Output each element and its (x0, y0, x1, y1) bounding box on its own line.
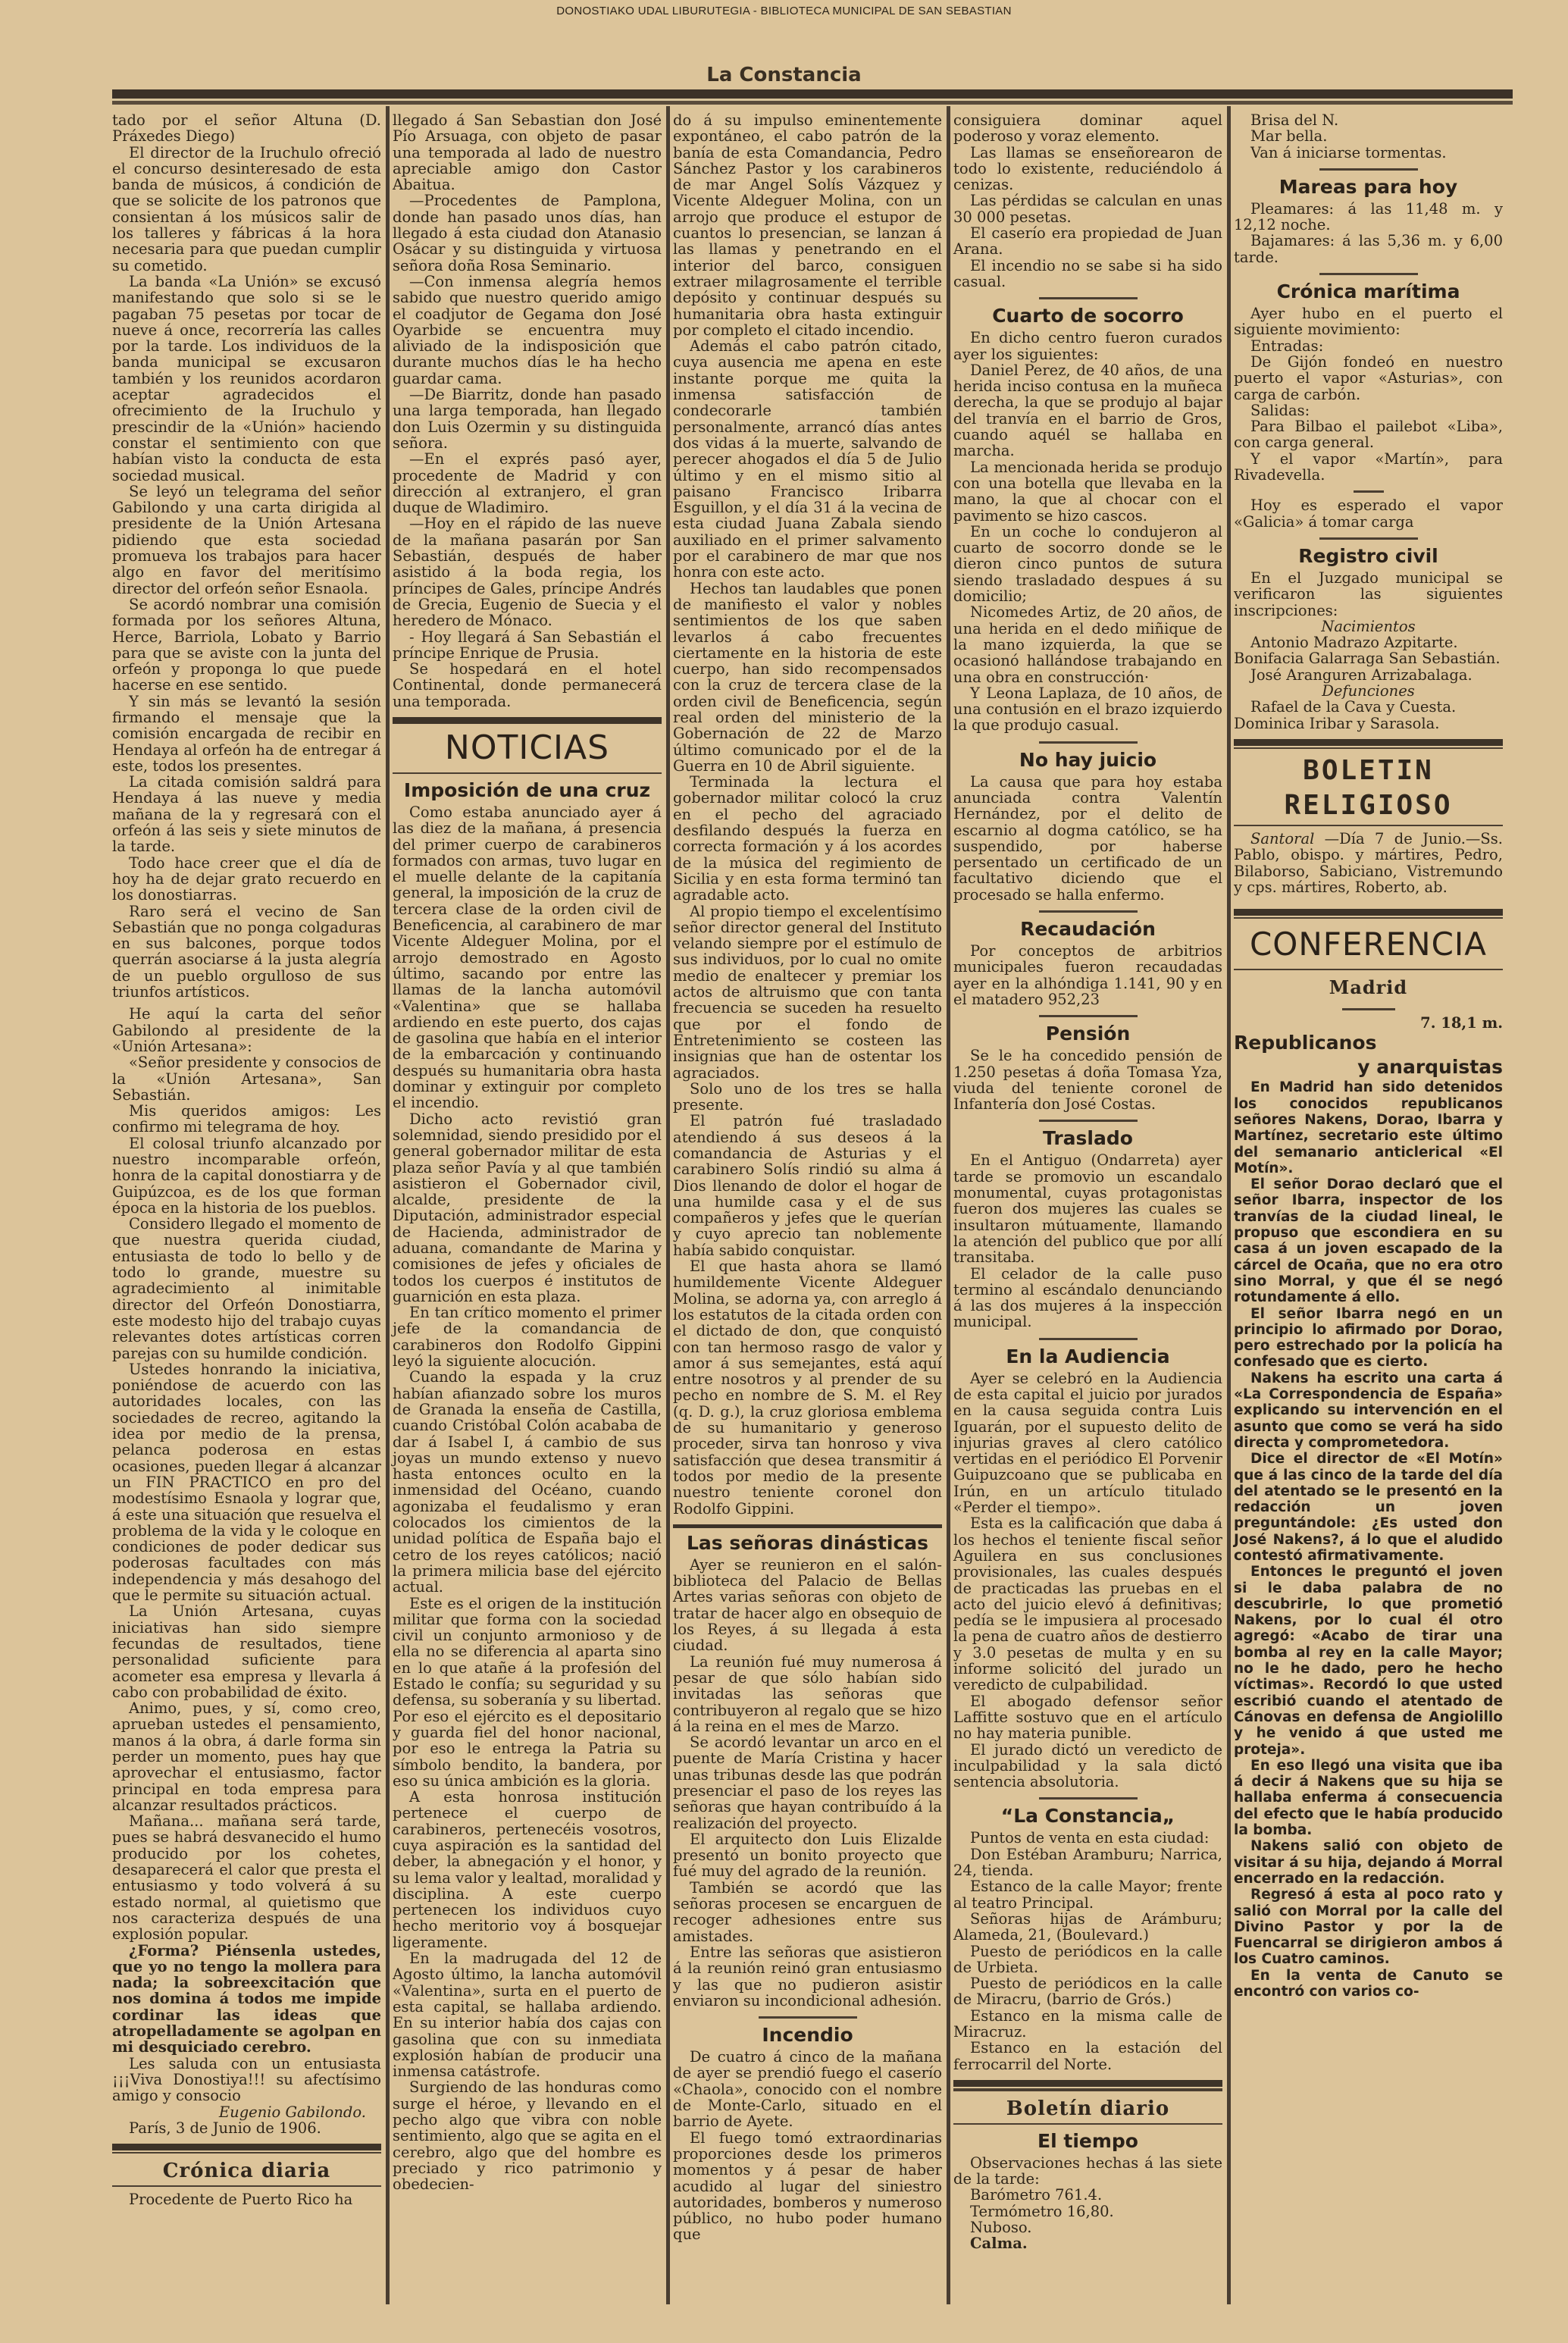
article-heading: Recaudación (953, 917, 1222, 941)
section-heading-noticias: NOTICIAS (393, 727, 662, 769)
tides-high: Pleamares: á las 11,48 m. y 12,12 noche. (1234, 201, 1503, 233)
paragraph: En la venta de Canuto se encontró con va… (1234, 1968, 1503, 2000)
paragraph: Les saluda con un entusiasta ¡¡¡Viva Don… (112, 2056, 381, 2104)
paragraph: La reunión fué muy numerosa á pesar de q… (673, 1654, 942, 1734)
birth-entry: José Aranguren Arrizabalaga. (1234, 667, 1503, 683)
santoral-label: Santoral (1250, 830, 1314, 847)
article-heading: Incendio (673, 2023, 942, 2047)
column-divider (947, 106, 950, 2304)
weather-sky: Nuboso. (953, 2219, 1222, 2235)
paragraph: —En el exprés pasó ayer, procedente de M… (393, 451, 662, 515)
paragraph: Y sin más se levantó la sesión firmando … (112, 694, 381, 774)
column-divider (666, 106, 670, 2304)
conference-city: Madrid (1234, 975, 1503, 1001)
column-divider (1227, 106, 1231, 2304)
paragraph: En el Juzgado municipal se verificaron l… (1234, 570, 1503, 619)
births-label: Nacimientos (1234, 619, 1503, 634)
paragraph: Nakens salió con objeto de visitar á su … (1234, 1838, 1503, 1887)
paragraph: Hoy es esperado el vapor «Galicia» á tom… (1234, 497, 1503, 530)
paragraph: Para Bilbao el pailebot «Liba», con carg… (1234, 418, 1503, 451)
section-rule (1319, 273, 1418, 275)
paragraph: Al propio tiempo el excelentísimo señor … (673, 904, 942, 1081)
article-heading: Traslado (953, 1126, 1222, 1151)
section-heading-boletin-religioso: BOLETIN RELIGIOSO (1234, 753, 1503, 823)
paragraph: En el Antiguo (Ondarreta) ayer tarde se … (953, 1152, 1222, 1265)
paragraph: Cuando la espada y la cruz habían afianz… (393, 1369, 662, 1595)
paragraph: En eso llegó una visita que iba á decir … (1234, 1758, 1503, 1838)
paragraph: Las llamas se enseñorearon de todo lo ex… (953, 145, 1222, 193)
article-heading: Crónica marítima (1234, 280, 1503, 304)
paragraph: Se hospedará en el hotel Continental, do… (393, 661, 662, 709)
paragraph: ¿Forma? Piénsenla ustedes, que yo no ten… (112, 1943, 381, 2056)
section-heading-conferencia: CONFERENCIA (1234, 923, 1503, 966)
paragraph: Este es el origen de la institución mili… (393, 1596, 662, 1790)
paragraph: En un coche lo condujeron al cuarto de s… (953, 524, 1222, 604)
paragraph: He aquí la carta del señor Gabilondo al … (112, 1006, 381, 1054)
paragraph: El señor Dorao declaró que el señor Ibar… (1234, 1176, 1503, 1305)
paragraph: La causa que para hoy estaba anunciada c… (953, 774, 1222, 903)
paragraph: Nakens ha escrito una carta á «La Corres… (1234, 1370, 1503, 1451)
paragraph: El fuego tomó extraordinarias proporcion… (673, 2130, 942, 2243)
paragraph: En la madrugada del 12 de Agosto último,… (393, 1950, 662, 2079)
paragraph: De Gijón fondeó en nuestro puerto el vap… (1234, 354, 1503, 403)
paragraph: Dicho acto revistió gran solemnidad, sie… (393, 1111, 662, 1305)
birth-entry: Antonio Madrazo Azpitarte. (1234, 634, 1503, 650)
section-rule (112, 2144, 381, 2150)
paragraph: Entre las señoras que asistieron á la re… (673, 1944, 942, 2009)
paragraph: Estanco de la calle Mayor; frente al tea… (953, 1878, 1222, 1911)
paragraph: Solo uno de los tres se halla presente. (673, 1081, 942, 1114)
paragraph: Ayer se celebró en la Audiencia de esta … (953, 1370, 1222, 1516)
paragraph: Se acordó levantar un arco en el puente … (673, 1734, 942, 1831)
section-rule (1319, 537, 1418, 540)
paragraph: Daniel Perez, de 40 años, de una herida … (953, 362, 1222, 459)
paragraph: Las pérdidas se calculan en unas 30 000 … (953, 193, 1222, 225)
conference-title-2: y anarquistas (1234, 1055, 1503, 1079)
article-heading: “La Constancia„ (953, 1804, 1222, 1828)
section-rule (1234, 969, 1503, 970)
article-heading: En la Audiencia (953, 1345, 1222, 1369)
section-rule (393, 717, 662, 724)
weather-line: Mar bella. (1234, 128, 1503, 144)
section-rule (1039, 297, 1138, 299)
section-heading-boletin-diario: Boletín diario (953, 2096, 1222, 2122)
paragraph: La citada comisión saldrá para Hendaya á… (112, 774, 381, 854)
paragraph: En dicho centro fueron curados ayer los … (953, 330, 1222, 362)
paragraph: Estanco en la estación del ferrocarril d… (953, 2040, 1222, 2072)
paragraph: Además el cabo patrón citado, cuya ausen… (673, 338, 942, 580)
paragraph: «Señor presidente y consocios de la «Uni… (112, 1054, 381, 1103)
paragraph: Ustedes honrando la iniciativa, poniéndo… (112, 1361, 381, 1603)
paragraph: Se acordó nombrar una comisión formada p… (112, 597, 381, 694)
paragraph: Animo, pues, y sí, como creo, aprueban u… (112, 1700, 381, 1813)
conference-time: 7. 18,1 m. (1234, 1015, 1503, 1031)
weather-line: Brisa del N. (1234, 112, 1503, 128)
paragraph: Nicomedes Artiz, de 20 años, de una heri… (953, 604, 1222, 684)
paragraph: Salidas: (1234, 403, 1503, 418)
paragraph: Ayer se reunieron en el salón-biblioteca… (673, 1557, 942, 1654)
paragraph: Procedente de Puerto Rico ha (112, 2191, 381, 2207)
paragraph: Como estaba anunciado ayer á las diez de… (393, 804, 662, 1111)
masthead-rule (112, 89, 1513, 101)
paragraph: Puesto de periódicos en la calle de Urbi… (953, 1944, 1222, 1976)
article-heading: Las señoras dinásticas (673, 1531, 942, 1555)
section-rule (1234, 917, 1503, 919)
section-rule (1319, 168, 1418, 171)
section-rule (1234, 739, 1503, 746)
paragraph: La banda «La Unión» se excusó manifestan… (112, 274, 381, 484)
paragraph: Dice el director de «El Motín» que á las… (1234, 1451, 1503, 1564)
paragraph: Mis queridos amigos: Les confirmo mi tel… (112, 1103, 381, 1135)
paragraph: En Madrid han sido detenidos los conocid… (1234, 1079, 1503, 1176)
paragraph: consiguiera dominar aquel poderoso y vor… (953, 112, 1222, 145)
paragraph: En tan crítico momento el primer jefe de… (393, 1305, 662, 1369)
paragraph: El colosal triunfo alcanzado por nuestro… (112, 1135, 381, 1216)
paragraph: El señor Ibarra negó en un principio lo … (1234, 1306, 1503, 1370)
paragraph: - Hoy llegará á San Sebastián el príncip… (393, 629, 662, 662)
paragraph: El patrón fué trasladado atendiendo á su… (673, 1113, 942, 1258)
paragraph: llegado á San Sebastian don José Pío Ars… (393, 112, 662, 193)
section-rule (953, 2123, 1222, 2125)
paragraph: Observaciones hechas á las siete de la t… (953, 2155, 1222, 2188)
paragraph: Puesto de periódicos en la calle de Mira… (953, 1975, 1222, 2008)
weather-line: Van á iniciarse tormentas. (1234, 145, 1503, 161)
paragraph: Y Leona Laplaza, de 10 años, de una cont… (953, 685, 1222, 734)
paragraph: Y el vapor «Martín», para Rivadevella. (1234, 451, 1503, 484)
deaths-label: Defunciones (1234, 683, 1503, 699)
section-rule (1039, 1015, 1138, 1017)
section-rule (673, 1524, 942, 1528)
paragraph: —Con inmensa alegría hemos sabido que nu… (393, 274, 662, 387)
dateline: París, 3 de Junio de 1906. (112, 2120, 381, 2136)
article-heading: El tiempo (953, 2129, 1222, 2153)
article-heading: No hay juicio (953, 748, 1222, 772)
paragraph: El celador de la calle puso termino al e… (953, 1266, 1222, 1330)
section-rule (759, 2016, 857, 2019)
paragraph: El arquitecto don Luis Elizalde presentó… (673, 1831, 942, 1880)
column-2: llegado á San Sebastian don José Pío Ars… (393, 112, 662, 2193)
weather-thermometer: Termómetro 16,80. (953, 2204, 1222, 2219)
paragraph: Esta es la calificación que daba á los h… (953, 1515, 1222, 1693)
section-rule (1234, 909, 1503, 916)
section-rule (1039, 1797, 1138, 1800)
paragraph: Todo hace creer que el día de hoy ha de … (112, 855, 381, 904)
paragraph: Por conceptos de arbitrios municipales f… (953, 943, 1222, 1007)
paragraph: También se acordó que las señoras proces… (673, 1880, 942, 1944)
article-heading: Cuarto de socorro (953, 304, 1222, 328)
section-rule (953, 2080, 1222, 2087)
paragraph: —De Biarritz, donde han pasado una larga… (393, 387, 662, 451)
paragraph: —Procedentes de Pamplona, donde han pasa… (393, 193, 662, 273)
column-4: consiguiera dominar aquel poderoso y vor… (953, 112, 1222, 2252)
paragraph: Hechos tan laudables que ponen de manifi… (673, 581, 942, 775)
article-heading: Registro civil (1234, 544, 1503, 569)
paragraph: El caserío era propiedad de Juan Arana. (953, 225, 1222, 258)
birth-entry: Bonifacia Galarraga San Sebastián. (1234, 650, 1503, 666)
paragraph: —Hoy en el rápido de las nueve de la mañ… (393, 515, 662, 628)
paragraph: Raro será el vecino de San Sebastián que… (112, 904, 381, 1001)
paragraph: Mañana... mañana será tarde, pues se hab… (112, 1813, 381, 1942)
article-heading: Mareas para hoy (1234, 175, 1503, 199)
section-rule (1039, 910, 1138, 913)
death-entry: Dominica Iribar y Sarasola. (1234, 716, 1503, 731)
section-rule (1039, 741, 1138, 744)
death-entry: Rafael de la Cava y Cuesta. (1234, 699, 1503, 715)
paragraph: El que hasta ahora se llamó humildemente… (673, 1258, 942, 1517)
paragraph: La mencionada herida se produjo con una … (953, 459, 1222, 524)
weather-wind: Calma. (953, 2235, 1222, 2251)
section-rule (1039, 1120, 1138, 1122)
section-rule (953, 2088, 1222, 2091)
article-heading: Imposición de una cruz (393, 778, 662, 803)
section-rule (112, 2185, 381, 2187)
section-rule (1354, 490, 1384, 493)
paragraph: El abogado defensor señor Laffitte sostu… (953, 1693, 1222, 1742)
paragraph: Señoras hijas de Arámburu; Alameda, 21, … (953, 1911, 1222, 1944)
section-rule (1234, 747, 1503, 749)
paragraph: Ayer hubo en el puerto el siguiente movi… (1234, 305, 1503, 338)
paragraph: Entradas: (1234, 338, 1503, 354)
paragraph: Regresó á esta al poco rato y salió con … (1234, 1887, 1503, 1967)
paragraph: Se le ha concedido pensión de 1.250 pese… (953, 1048, 1222, 1112)
section-rule (393, 772, 662, 774)
section-rule (1342, 1008, 1395, 1010)
paragraph: Surgiendo de las honduras como surge el … (393, 2079, 662, 2192)
paragraph: Entonces le preguntó el joven si le daba… (1234, 1564, 1503, 1758)
paragraph: do á su impulso eminentemente expontáneo… (673, 112, 942, 338)
column-1: tado por el señor Altuna (D. Práxedes Di… (112, 112, 381, 2207)
column-divider (386, 106, 390, 2304)
paragraph: El director de la Iruchulo ofreció el co… (112, 145, 381, 274)
conference-title-1: Republicanos (1234, 1031, 1503, 1055)
paragraph: Estanco en la misma calle de Miracruz. (953, 2008, 1222, 2041)
paragraph: La Unión Artesana, cuyas iniciativas han… (112, 1603, 381, 1700)
paragraph: Terminada la lectura el gobernador milit… (673, 774, 942, 903)
paragraph: Puntos de venta en esta ciudad: (953, 1830, 1222, 1846)
weather-barometer: Barómetro 761.4. (953, 2187, 1222, 2203)
signature: Eugenio Gabilondo. (112, 2104, 381, 2120)
column-3: do á su impulso eminentemente expontáneo… (673, 112, 942, 2243)
paragraph: A esta honrosa institución pertenece el … (393, 1789, 662, 1950)
paragraph: El incendio no se sabe si ha sido casual… (953, 258, 1222, 290)
section-rule (1234, 825, 1503, 826)
section-heading-cronica-diaria: Crónica diaria (112, 2158, 381, 2184)
paragraph: tado por el señor Altuna (D. Práxedes Di… (112, 112, 381, 145)
paragraph: De cuatro á cinco de la mañana de ayer s… (673, 2049, 942, 2129)
archive-header: DONOSTIAKO UDAL LIBURUTEGIA - BIBLIOTECA… (0, 5, 1568, 17)
section-rule (112, 2152, 381, 2153)
masthead-title: La Constancia (0, 64, 1568, 86)
section-rule (1039, 1338, 1138, 1340)
article-heading: Pensión (953, 1022, 1222, 1046)
tides-low: Bajamares: á las 5,36 m. y 6,00 tarde. (1234, 233, 1503, 265)
paragraph: Se leyó un telegrama del señor Gabilondo… (112, 484, 381, 597)
paragraph: Don Estéban Aramburu; Narrica, 24, tiend… (953, 1847, 1222, 1879)
paragraph: Considero llegado el momento de que nues… (112, 1216, 381, 1361)
paragraph: El jurado dictó un veredicto de inculpab… (953, 1742, 1222, 1790)
column-5: Brisa del N. Mar bella. Van á iniciarse … (1234, 112, 1503, 2000)
